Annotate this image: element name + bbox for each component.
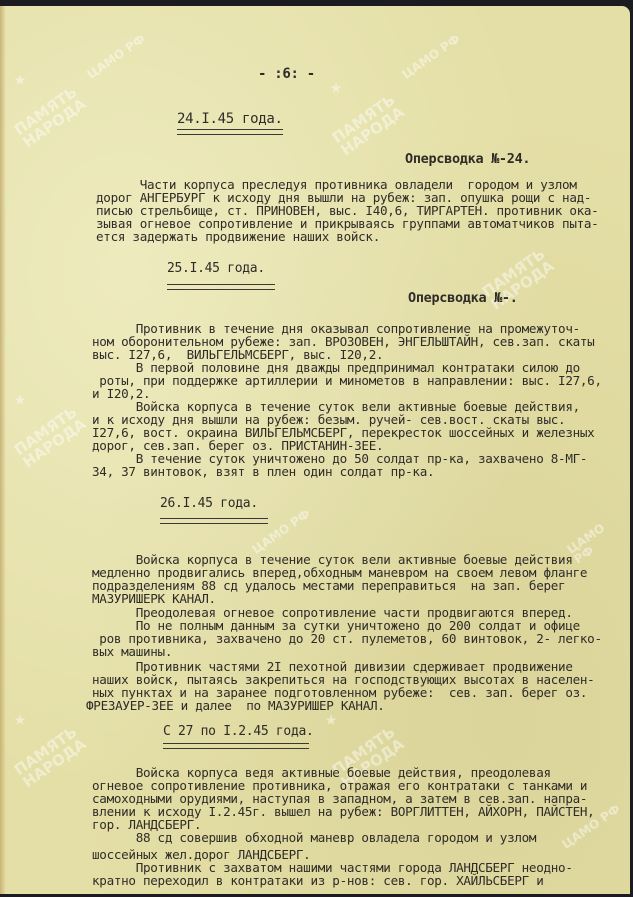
text-line: вых машины. (92, 645, 172, 658)
date-underline (163, 743, 309, 749)
section-date: С 27 по I.2.45 года. (163, 725, 314, 738)
section-date: 24.I.45 года. (177, 113, 283, 126)
page-number: - :6: - (258, 68, 315, 81)
watermark-pamyat-naroda: ПАМЯТЬНАРОДА (12, 724, 89, 790)
text-line: ФРЕЗАУЕР-ЗЕЕ и далее по МАЗУРИШЕР КАНАЛ. (86, 699, 385, 712)
star-icon: ★ (330, 74, 342, 98)
text-line: 34, 37 винтовок, взят в плен один солдат… (92, 465, 434, 478)
document-page: ★ ПАМЯТЬНАРОДА ЦАМО РФ ★ ПАМЯТЬНАРОДА ЦА… (0, 6, 630, 894)
watermark-pamyat-naroda: ПАМЯТЬНАРОДА (12, 404, 89, 470)
text-line: МАЗУРИШЕРК КАНАЛ. (92, 592, 216, 605)
text-line: ется задержать продвижение наших войск. (96, 230, 380, 243)
date-underline (160, 518, 268, 524)
watermark-tsamo: ЦАМО РФ (250, 507, 312, 556)
date-underline (177, 129, 283, 135)
star-icon: ★ (14, 386, 26, 410)
watermark-pamyat-naroda: ПАМЯТЬНАРОДА (12, 84, 89, 150)
text-line: кратно переходил в контратаки из р-нов: … (92, 874, 544, 887)
watermark-tsamo: ЦАМО РФ (400, 32, 462, 81)
page-edge-shadow (0, 6, 6, 894)
watermark-tsamo: ЦАМО РФ (85, 32, 147, 81)
text-line: роты, при поддержке артиллерии и миномет… (92, 374, 602, 387)
star-icon: ★ (14, 706, 26, 730)
watermark-pamyat-naroda: ПАМЯТЬНАРОДА (330, 92, 407, 158)
section-date: 26.I.45 года. (160, 497, 258, 510)
section-date: 25.I.45 года. (167, 262, 265, 275)
text-line: 88 сд совершив обходной маневр овладела … (92, 831, 536, 844)
watermark-tsamo: ЦАМО РФ (565, 509, 630, 566)
section-heading: Оперсводка №-. (408, 292, 518, 305)
star-icon: ★ (14, 66, 26, 90)
date-underline (167, 284, 275, 290)
section-heading: Оперсводка №-24. (405, 153, 530, 166)
